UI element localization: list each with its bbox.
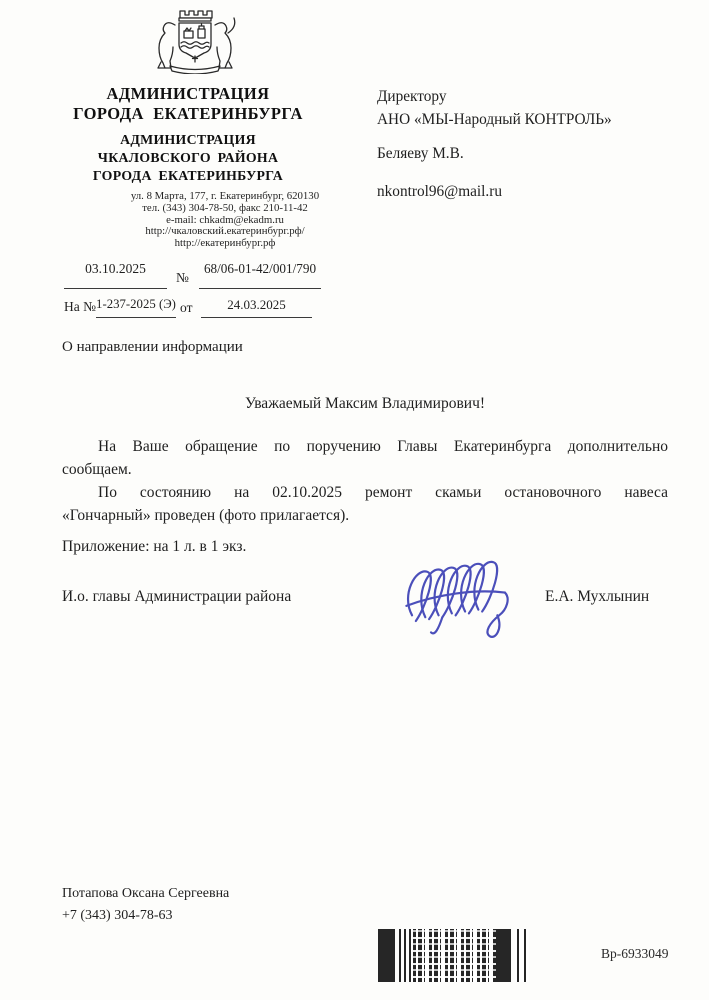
- recipient-organization: АНО «МЫ-Народный КОНТРОЛЬ»: [377, 108, 687, 131]
- org-title: АДМИНИСТРАЦИЯ ГОРОДА ЕКАТЕРИНБУРГА: [38, 84, 338, 124]
- org-subtitle-line: ГОРОДА ЕКАТЕРИНБУРГА: [38, 167, 338, 185]
- body-paragraph: По состоянию на 02.10.2025 ремонт скамьи…: [62, 481, 668, 527]
- outgoing-number: 68/06-01-42/001/790: [199, 261, 321, 289]
- paragraph-line: По состоянию на 02.10.2025 ремонт скамьи…: [62, 481, 668, 504]
- recipient-block: Директору АНО «МЫ-Народный КОНТРОЛЬ» Бел…: [377, 85, 687, 203]
- attachment-line: Приложение: на 1 л. в 1 экз.: [62, 535, 668, 558]
- org-title-line: АДМИНИСТРАЦИЯ: [38, 84, 338, 104]
- executor-block: Потапова Оксана Сергеевна +7 (343) 304-7…: [62, 883, 229, 927]
- salutation: Уважаемый Максим Владимирович!: [62, 392, 668, 415]
- letter-body: Уважаемый Максим Владимирович! На Ваше о…: [62, 392, 668, 558]
- org-subtitle: АДМИНИСТРАЦИЯ ЧКАЛОВСКОГО РАЙОНА ГОРОДА …: [38, 131, 338, 185]
- recipient-email: nkontrol96@mail.ru: [377, 180, 687, 203]
- city-coat-of-arms-icon: [149, 6, 241, 74]
- barcode-bars: [515, 929, 529, 982]
- executor-name: Потапова Оксана Сергеевна: [62, 883, 229, 905]
- body-paragraph: На Ваше обращение по поручению Главы Ека…: [62, 435, 668, 481]
- from-label: от: [180, 300, 192, 316]
- org-subtitle-line: ЧКАЛОВСКОГО РАЙОНА: [38, 149, 338, 167]
- subject-line: О направлении информации: [62, 339, 243, 356]
- barcode-start-block: [378, 929, 395, 982]
- barcode-bars: [399, 929, 413, 982]
- outgoing-date: 03.10.2025: [64, 261, 167, 289]
- org-site-line: http://екатеринбург.рф: [75, 238, 375, 250]
- executor-phone: +7 (343) 304-78-63: [62, 905, 229, 927]
- barcode-stop-block: [496, 929, 511, 982]
- org-subtitle-line: АДМИНИСТРАЦИЯ: [38, 131, 338, 149]
- recipient-position: Директору: [377, 85, 687, 108]
- incoming-number: 1-237-2025 (Э): [96, 297, 176, 318]
- incoming-label: На №: [64, 299, 96, 315]
- org-title-line: ГОРОДА ЕКАТЕРИНБУРГА: [38, 104, 338, 124]
- scanned-letter-page: АДМИНИСТРАЦИЯ ГОРОДА ЕКАТЕРИНБУРГА АДМИН…: [0, 0, 709, 1000]
- org-phone-line: тел. (343) 304-78-50, факс 210-11-42: [75, 203, 375, 215]
- signer-position: И.о. главы Администрации района: [62, 588, 291, 606]
- barcode-data-region: [413, 929, 496, 982]
- number-sign-label: №: [176, 270, 189, 286]
- recipient-name: Беляеву М.В.: [377, 142, 687, 165]
- paragraph-line: «Гончарный» проведен (фото прилагается).: [62, 504, 668, 527]
- document-barcode-icon: [378, 929, 545, 982]
- barcode-label: Вр-6933049: [601, 946, 669, 962]
- handwritten-signature-icon: [398, 549, 518, 639]
- paragraph-line: На Ваше обращение по поручению Главы Ека…: [62, 435, 668, 458]
- incoming-date: 24.03.2025: [201, 297, 312, 318]
- paragraph-line: сообщаем.: [62, 458, 668, 481]
- signer-name: Е.А. Мухлынин: [545, 588, 649, 606]
- org-contact-block: ул. 8 Марта, 177, г. Екатеринбург, 62013…: [75, 191, 375, 250]
